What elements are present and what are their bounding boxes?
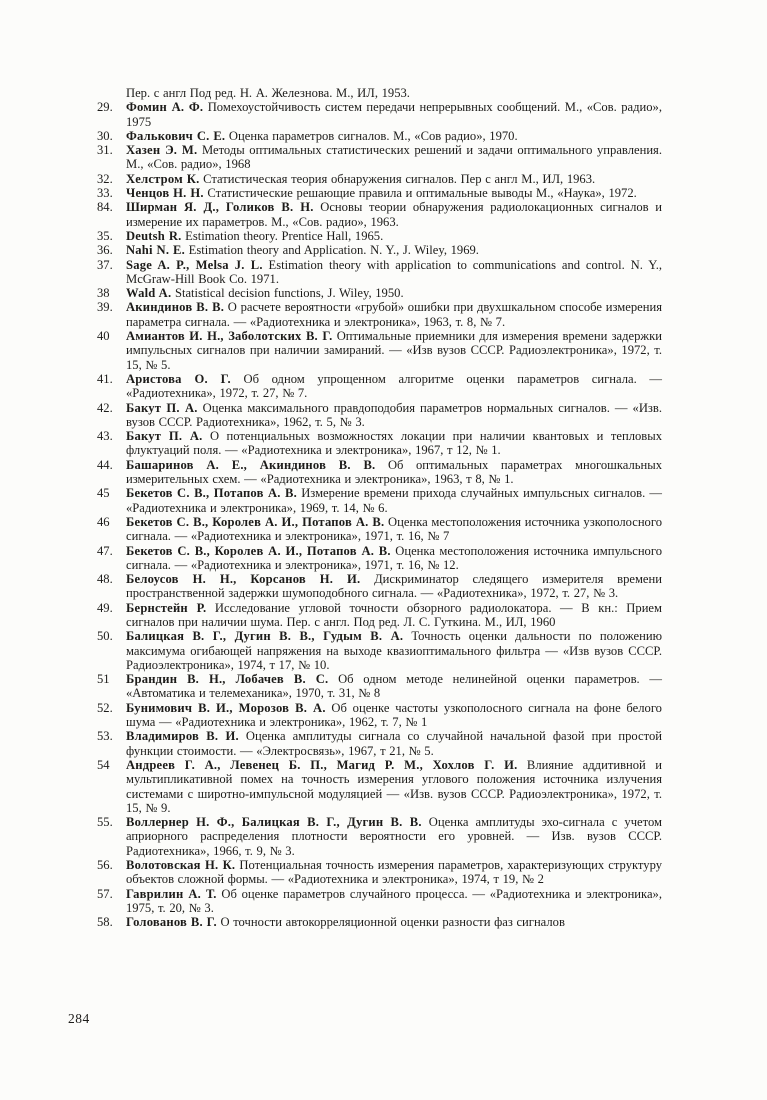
reference-authors: Белоусов Н. Н., Корсанов Н. И. (126, 572, 360, 586)
reference-authors: Волотовская Н. К. (126, 858, 235, 872)
reference-authors: Бекетов С. В., Потапов А. В. (126, 486, 297, 500)
reference-text: Помехоустойчивость систем передачи непре… (126, 100, 662, 128)
reference-number: 53. (97, 729, 126, 743)
reference-authors: Амиантов И. Н., Заболотских В. Г. (126, 329, 332, 343)
reference-number: 56. (97, 858, 126, 872)
reference-number: 57. (97, 887, 126, 901)
reference-authors: Хелстром К. (126, 172, 199, 186)
reference-authors: Бекетов С. В., Королев А. И., Потапов А.… (126, 544, 391, 558)
reference-entry: 45Бекетов С. В., Потапов А. В. Измерение… (97, 486, 662, 515)
reference-authors: Балицкая В. Г., Дугин В. В., Гудым В. А. (126, 629, 403, 643)
reference-entry: 30.Фалькович С. Е. Оценка параметров сиг… (97, 129, 662, 143)
reference-entry: 41.Аристова О. Г. Об одном упрощенном ал… (97, 372, 662, 401)
reference-entry: 42.Бакут П. А. Оценка максимального прав… (97, 401, 662, 430)
reference-text: Оценка параметров сигналов. М., «Сов рад… (225, 129, 517, 143)
reference-entry: 33.Ченцов Н. Н. Статистические решающие … (97, 186, 662, 200)
reference-entry: 49.Бернстейн Р. Исследование угловой точ… (97, 601, 662, 630)
reference-number: 35. (97, 229, 126, 243)
reference-authors: Deutsh R. (126, 229, 181, 243)
reference-number: 42. (97, 401, 126, 415)
reference-number: 41. (97, 372, 126, 386)
reference-authors: Фалькович С. Е. (126, 129, 225, 143)
reference-number: 30. (97, 129, 126, 143)
reference-authors: Бекетов С. В., Королев А. И., Потапов А.… (126, 515, 384, 529)
reference-entry: 35.Deutsh R. Estimation theory. Prentice… (97, 229, 662, 243)
reference-text: Статистические решающие правила и оптима… (204, 186, 637, 200)
reference-number: 38 (97, 286, 126, 300)
reference-entry: 37.Sage A. P., Melsa J. L. Estimation th… (97, 258, 662, 287)
reference-text: О точности автокорреляционной оценки раз… (217, 915, 565, 929)
reference-text: Estimation theory. Prentice Hall, 1965. (181, 229, 383, 243)
reference-authors: Бакут П. А. (126, 401, 198, 415)
reference-number: 40 (97, 329, 126, 343)
reference-number: 52. (97, 701, 126, 715)
reference-number: 54 (97, 758, 126, 772)
reference-authors: Ширман Я. Д., Голиков В. Н. (126, 200, 314, 214)
reference-authors: Хазен Э. М. (126, 143, 197, 157)
reference-authors: Бунимович В. И., Морозов В. А. (126, 701, 326, 715)
reference-number: 32. (97, 172, 126, 186)
reference-entry: 57.Гаврилин А. Т. Об оценке параметров с… (97, 887, 662, 916)
reference-entry: 53.Владимиров В. И. Оценка амплитуды сиг… (97, 729, 662, 758)
references-list: Пер. с англ Под ред. Н. А. Железнова. М.… (97, 86, 662, 930)
reference-number: 84. (97, 200, 126, 214)
reference-text: Статистическая теория обнаружения сигнал… (199, 172, 595, 186)
reference-number: 36. (97, 243, 126, 257)
reference-authors: Wald A. (126, 286, 171, 300)
reference-entry: 29.Фомин А. Ф. Помехоустойчивость систем… (97, 100, 662, 129)
reference-number: 48. (97, 572, 126, 586)
reference-text: Пер. с англ Под ред. Н. А. Железнова. М.… (126, 86, 410, 100)
reference-entry: Пер. с англ Под ред. Н. А. Железнова. М.… (97, 86, 662, 100)
reference-text: Исследование угловой точности обзорного … (126, 601, 662, 629)
reference-text: Estimation theory and Application. N. Y.… (185, 243, 479, 257)
reference-authors: Sage A. P., Melsa J. L. (126, 258, 263, 272)
reference-entry: 38Wald A. Statistical decision functions… (97, 286, 662, 300)
reference-authors: Голованов В. Г. (126, 915, 217, 929)
reference-authors: Ченцов Н. Н. (126, 186, 204, 200)
reference-authors: Бернстейн Р. (126, 601, 206, 615)
reference-authors: Фомин А. Ф. (126, 100, 203, 114)
reference-entry: 32.Хелстром К. Статистическая теория обн… (97, 172, 662, 186)
reference-authors: Аристова О. Г. (126, 372, 231, 386)
reference-entry: 36.Nahi N. E. Estimation theory and Appl… (97, 243, 662, 257)
reference-number: 43. (97, 429, 126, 443)
reference-entry: 56.Волотовская Н. К. Потенциальная точно… (97, 858, 662, 887)
reference-number: 44. (97, 458, 126, 472)
reference-number: 49. (97, 601, 126, 615)
page-number: 284 (68, 1012, 90, 1026)
reference-authors: Андреев Г. А., Левенец Б. П., Магид Р. М… (126, 758, 517, 772)
reference-number: 47. (97, 544, 126, 558)
reference-entry: 40Амиантов И. Н., Заболотских В. Г. Опти… (97, 329, 662, 372)
reference-entry: 48.Белоусов Н. Н., Корсанов Н. И. Дискри… (97, 572, 662, 601)
reference-entry: 50.Балицкая В. Г., Дугин В. В., Гудым В.… (97, 629, 662, 672)
reference-authors: Гаврилин А. Т. (126, 887, 217, 901)
reference-number: 39. (97, 300, 126, 314)
reference-entry: 55.Воллернер Н. Ф., Балицкая В. Г., Дуги… (97, 815, 662, 858)
reference-authors: Брандин В. Н., Лобачев В. С. (126, 672, 328, 686)
reference-number: 31. (97, 143, 126, 157)
reference-number: 29. (97, 100, 126, 114)
reference-number: 45 (97, 486, 126, 500)
reference-number: 37. (97, 258, 126, 272)
reference-number: 58. (97, 915, 126, 929)
reference-entry: 47.Бекетов С. В., Королев А. И., Потапов… (97, 544, 662, 573)
reference-authors: Акиндинов В. В. (126, 300, 224, 314)
reference-authors: Башаринов А. Е., Акиндинов В. В. (126, 458, 375, 472)
reference-text: Statistical decision functions, J. Wiley… (171, 286, 403, 300)
reference-authors: Воллернер Н. Ф., Балицкая В. Г., Дугин В… (126, 815, 422, 829)
reference-entry: 31.Хазен Э. М. Методы оптимальных статис… (97, 143, 662, 172)
reference-number: 33. (97, 186, 126, 200)
reference-entry: 58.Голованов В. Г. О точности автокоррел… (97, 915, 662, 929)
reference-number: 46 (97, 515, 126, 529)
reference-authors: Nahi N. E. (126, 243, 185, 257)
reference-text: О потенциальных возможностях локации при… (126, 429, 662, 457)
reference-number: 50. (97, 629, 126, 643)
reference-number: 51 (97, 672, 126, 686)
reference-entry: 43.Бакут П. А. О потенциальных возможнос… (97, 429, 662, 458)
reference-entry: 51Брандин В. Н., Лобачев В. С. Об одном … (97, 672, 662, 701)
reference-number: 55. (97, 815, 126, 829)
reference-authors: Владимиров В. И. (126, 729, 239, 743)
reference-entry: 44.Башаринов А. Е., Акиндинов В. В. Об о… (97, 458, 662, 487)
reference-entry: 54Андреев Г. А., Левенец Б. П., Магид Р.… (97, 758, 662, 815)
reference-entry: 46Бекетов С. В., Королев А. И., Потапов … (97, 515, 662, 544)
reference-entry: 84.Ширман Я. Д., Голиков В. Н. Основы те… (97, 200, 662, 229)
reference-authors: Бакут П. А. (126, 429, 203, 443)
reference-entry: 52.Бунимович В. И., Морозов В. А. Об оце… (97, 701, 662, 730)
reference-entry: 39.Акиндинов В. В. О расчете вероятности… (97, 300, 662, 329)
reference-text: Оценка максимального правдоподобия парам… (126, 401, 662, 429)
reference-text: Методы оптимальных статистических решени… (126, 143, 662, 171)
scanned-page: Пер. с англ Под ред. Н. А. Железнова. М.… (0, 0, 767, 1100)
